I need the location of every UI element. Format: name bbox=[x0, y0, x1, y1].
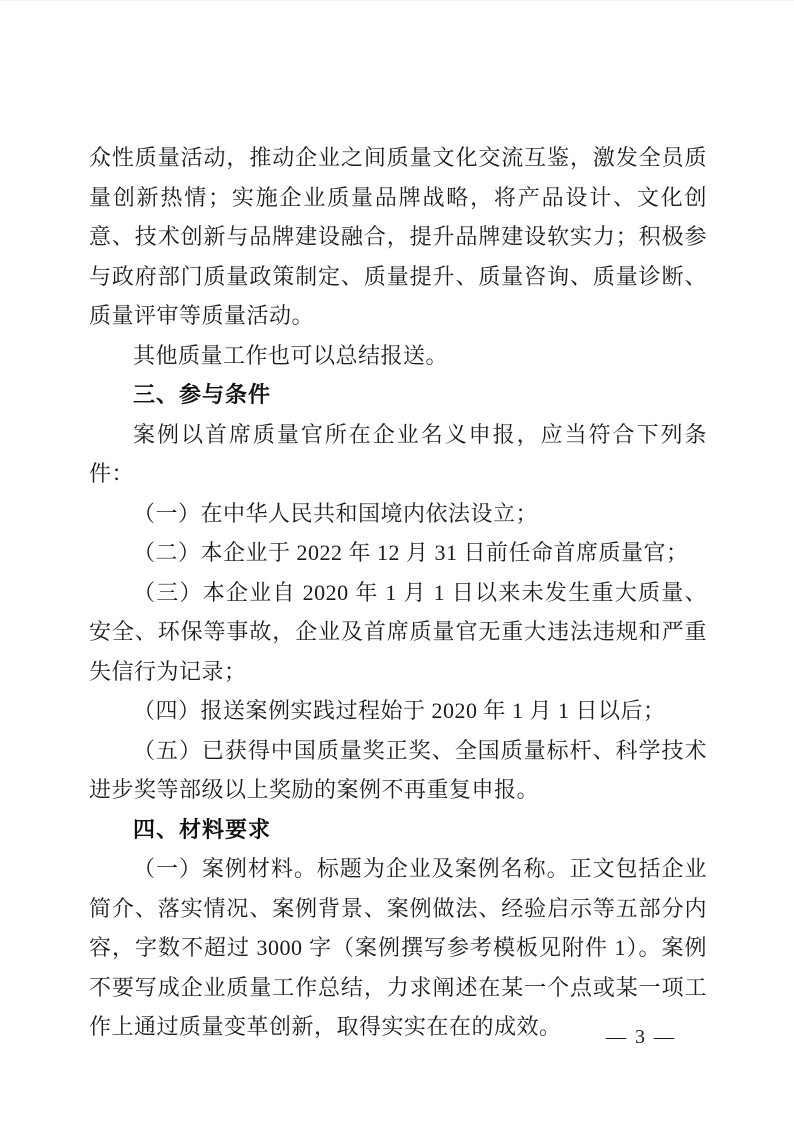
page-number: — 3 — bbox=[606, 1024, 676, 1050]
list-item-5: （五）已获得中国质量奖正奖、全国质量标杆、科学技术进步奖等部级以上奖励的案例不再… bbox=[89, 731, 707, 810]
list-item-2: （二）本企业于 2022 年 12 月 31 日前任命首席质量官； bbox=[89, 533, 707, 573]
paragraph-case-material: （一）案例材料。标题为企业及案例名称。正文包括企业简介、落实情况、案例背景、案例… bbox=[89, 849, 707, 1047]
list-item-3: （三）本企业自 2020 年 1 月 1 日以来未发生重大质量、安全、环保等事故… bbox=[89, 573, 707, 692]
section-heading-participation-conditions: 三、参与条件 bbox=[89, 375, 707, 415]
section-heading-material-requirements: 四、材料要求 bbox=[89, 810, 707, 850]
document-body: 众性质量活动，推动企业之间质量文化交流互鉴，激发全员质量创新热情；实施企业质量品… bbox=[89, 138, 707, 1047]
paragraph: 案例以首席质量官所在企业名义申报，应当符合下列条件： bbox=[89, 415, 707, 494]
list-item-4: （四）报送案例实践过程始于 2020 年 1 月 1 日以后； bbox=[89, 691, 707, 731]
list-item-1: （一）在中华人民共和国境内依法设立； bbox=[89, 494, 707, 534]
paragraph: 其他质量工作也可以总结报送。 bbox=[89, 336, 707, 376]
document-page: 众性质量活动，推动企业之间质量文化交流互鉴，激发全员质量创新热情；实施企业质量品… bbox=[0, 0, 794, 1124]
paragraph-continuation: 众性质量活动，推动企业之间质量文化交流互鉴，激发全员质量创新热情；实施企业质量品… bbox=[89, 138, 707, 336]
